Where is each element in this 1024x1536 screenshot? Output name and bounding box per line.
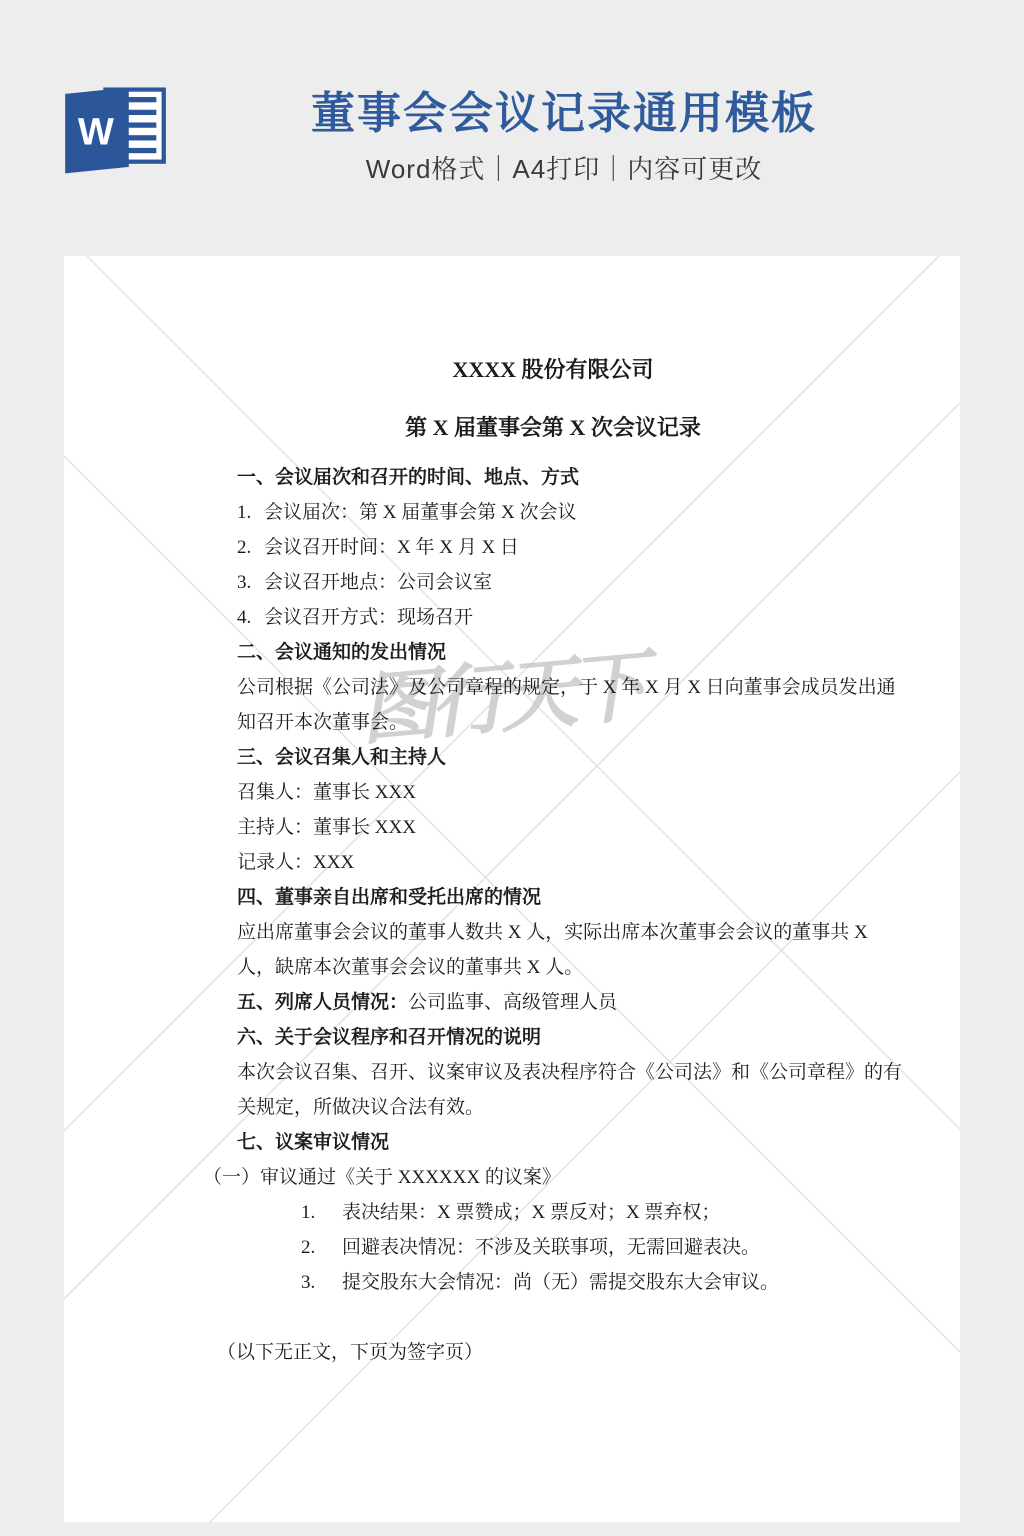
line-text: 会议召开时间：X 年 X 月 X 日	[264, 537, 519, 558]
header: W 董事会会议记录通用模板 Word格式｜A4打印｜内容可更改	[0, 0, 1024, 256]
closing-note: （以下无正文，下页为签字页）	[217, 1335, 903, 1370]
header-text: 董事会会议记录通用模板 Word格式｜A4打印｜内容可更改	[168, 88, 960, 186]
list-number: 1.	[237, 495, 264, 530]
section-1-heading: 一、会议届次和召开的时间、地点、方式	[237, 460, 903, 495]
list-item-1: 1.会议届次：第 X 届董事会第 X 次会议	[237, 495, 903, 530]
line-text: 提交股东大会情况：尚（无）需提交股东大会审议。	[342, 1272, 779, 1293]
line-text: 应出席董事会会议的董事人数共 X 人，实际出席本次董事会会议的董事共 X 人，缺…	[237, 922, 868, 978]
doc-title-meeting: 第 X 届董事会第 X 次会议记录	[203, 412, 903, 444]
line-text: 回避表决情况：不涉及关联事项，无需回避表决。	[342, 1237, 760, 1258]
line-text: 会议召开地点：公司会议室	[264, 572, 492, 593]
list-item-4: 4.会议召开方式：现场召开	[237, 600, 903, 635]
line-text: 一、会议届次和召开的时间、地点、方式	[237, 467, 579, 488]
line-text: 表决结果：X 票赞成；X 票反对；X 票弃权；	[342, 1202, 720, 1223]
list-number: 3.	[237, 565, 264, 600]
line-text: 本次会议召集、召开、议案审议及表决程序符合《公司法》和《公司章程》的有关规定，所…	[237, 1062, 902, 1118]
line-text: 六、关于会议程序和召开情况的说明	[237, 1027, 541, 1048]
line-text: （以下无正文，下页为签字页）	[217, 1342, 483, 1363]
sub-item-2: 2.回避表决情况：不涉及关联事项，无需回避表决。	[301, 1230, 903, 1265]
word-logo-graphic: W	[62, 84, 168, 180]
line-text: 记录人：XXX	[237, 852, 354, 873]
line-text: 主持人：董事长 XXX	[237, 817, 416, 838]
line-text: 七、议案审议情况	[237, 1132, 389, 1153]
section-6-paragraph: 本次会议召集、召开、议案审议及表决程序符合《公司法》和《公司章程》的有关规定，所…	[237, 1055, 903, 1125]
doc-title-company: XXXX 股份有限公司	[203, 354, 903, 386]
list-item-3: 3.会议召开地点：公司会议室	[237, 565, 903, 600]
line-text: 会议召开方式：现场召开	[264, 607, 473, 628]
line-text: 二、会议通知的发出情况	[237, 642, 446, 663]
section-4-paragraph: 应出席董事会会议的董事人数共 X 人，实际出席本次董事会会议的董事共 X 人，缺…	[237, 915, 903, 985]
line-text: 三、会议召集人和主持人	[237, 747, 446, 768]
blank-line	[203, 1300, 903, 1335]
word-letter: W	[78, 111, 114, 154]
list-number: 2.	[301, 1230, 342, 1265]
doc-body: 一、会议届次和召开的时间、地点、方式1.会议届次：第 X 届董事会第 X 次会议…	[203, 460, 903, 1370]
list-item-2: 2.会议召开时间：X 年 X 月 X 日	[237, 530, 903, 565]
line-text: 会议届次：第 X 届董事会第 X 次会议	[264, 502, 576, 523]
convener-line: 召集人：董事长 XXX	[237, 775, 903, 810]
line-text: （一）审议通过《关于 XXXXXX 的议案》	[203, 1167, 561, 1188]
section-4-heading: 四、董事亲自出席和受托出席的情况	[237, 880, 903, 915]
sub-item-1: 1.表决结果：X 票赞成；X 票反对；X 票弃权；	[301, 1195, 903, 1230]
list-number: 2.	[237, 530, 264, 565]
page-subtitle: Word格式｜A4打印｜内容可更改	[168, 152, 960, 186]
section-6-heading: 六、关于会议程序和召开情况的说明	[237, 1020, 903, 1055]
sub-item-3: 3.提交股东大会情况：尚（无）需提交股东大会审议。	[301, 1265, 903, 1300]
list-number: 4.	[237, 600, 264, 635]
section-2-heading: 二、会议通知的发出情况	[237, 635, 903, 670]
template-preview: { "header": { "title": "董事会会议记录通用模板", "s…	[0, 0, 1024, 1536]
line-text: 召集人：董事长 XXX	[237, 782, 416, 803]
proposal-line: （一）审议通过《关于 XXXXXX 的议案》	[203, 1160, 903, 1195]
recorder-line: 记录人：XXX	[237, 845, 903, 880]
list-number: 3.	[301, 1265, 342, 1300]
list-number: 1.	[301, 1195, 342, 1230]
section-3-heading: 三、会议召集人和主持人	[237, 740, 903, 775]
section-7-heading: 七、议案审议情况	[237, 1125, 903, 1160]
section-2-paragraph: 公司根据《公司法》及公司章程的规定，于 X 年 X 月 X 日向董事会成员发出通…	[237, 670, 903, 740]
page-title: 董事会会议记录通用模板	[168, 88, 960, 140]
document-content: XXXX 股份有限公司 第 X 届董事会第 X 次会议记录 一、会议届次和召开的…	[203, 354, 903, 1370]
moderator-line: 主持人：董事长 XXX	[237, 810, 903, 845]
document-page: 图行天下 XXXX 股份有限公司 第 X 届董事会第 X 次会议记录 一、会议届…	[64, 256, 960, 1522]
word-icon: W	[62, 84, 168, 180]
heading-lead: 五、列席人员情况：	[237, 992, 408, 1013]
line-text: 四、董事亲自出席和受托出席的情况	[237, 887, 541, 908]
line-text: 公司根据《公司法》及公司章程的规定，于 X 年 X 月 X 日向董事会成员发出通…	[237, 677, 896, 733]
line-text: 公司监事、高级管理人员	[408, 992, 617, 1013]
section-5-heading: 五、列席人员情况：公司监事、高级管理人员	[237, 985, 903, 1020]
